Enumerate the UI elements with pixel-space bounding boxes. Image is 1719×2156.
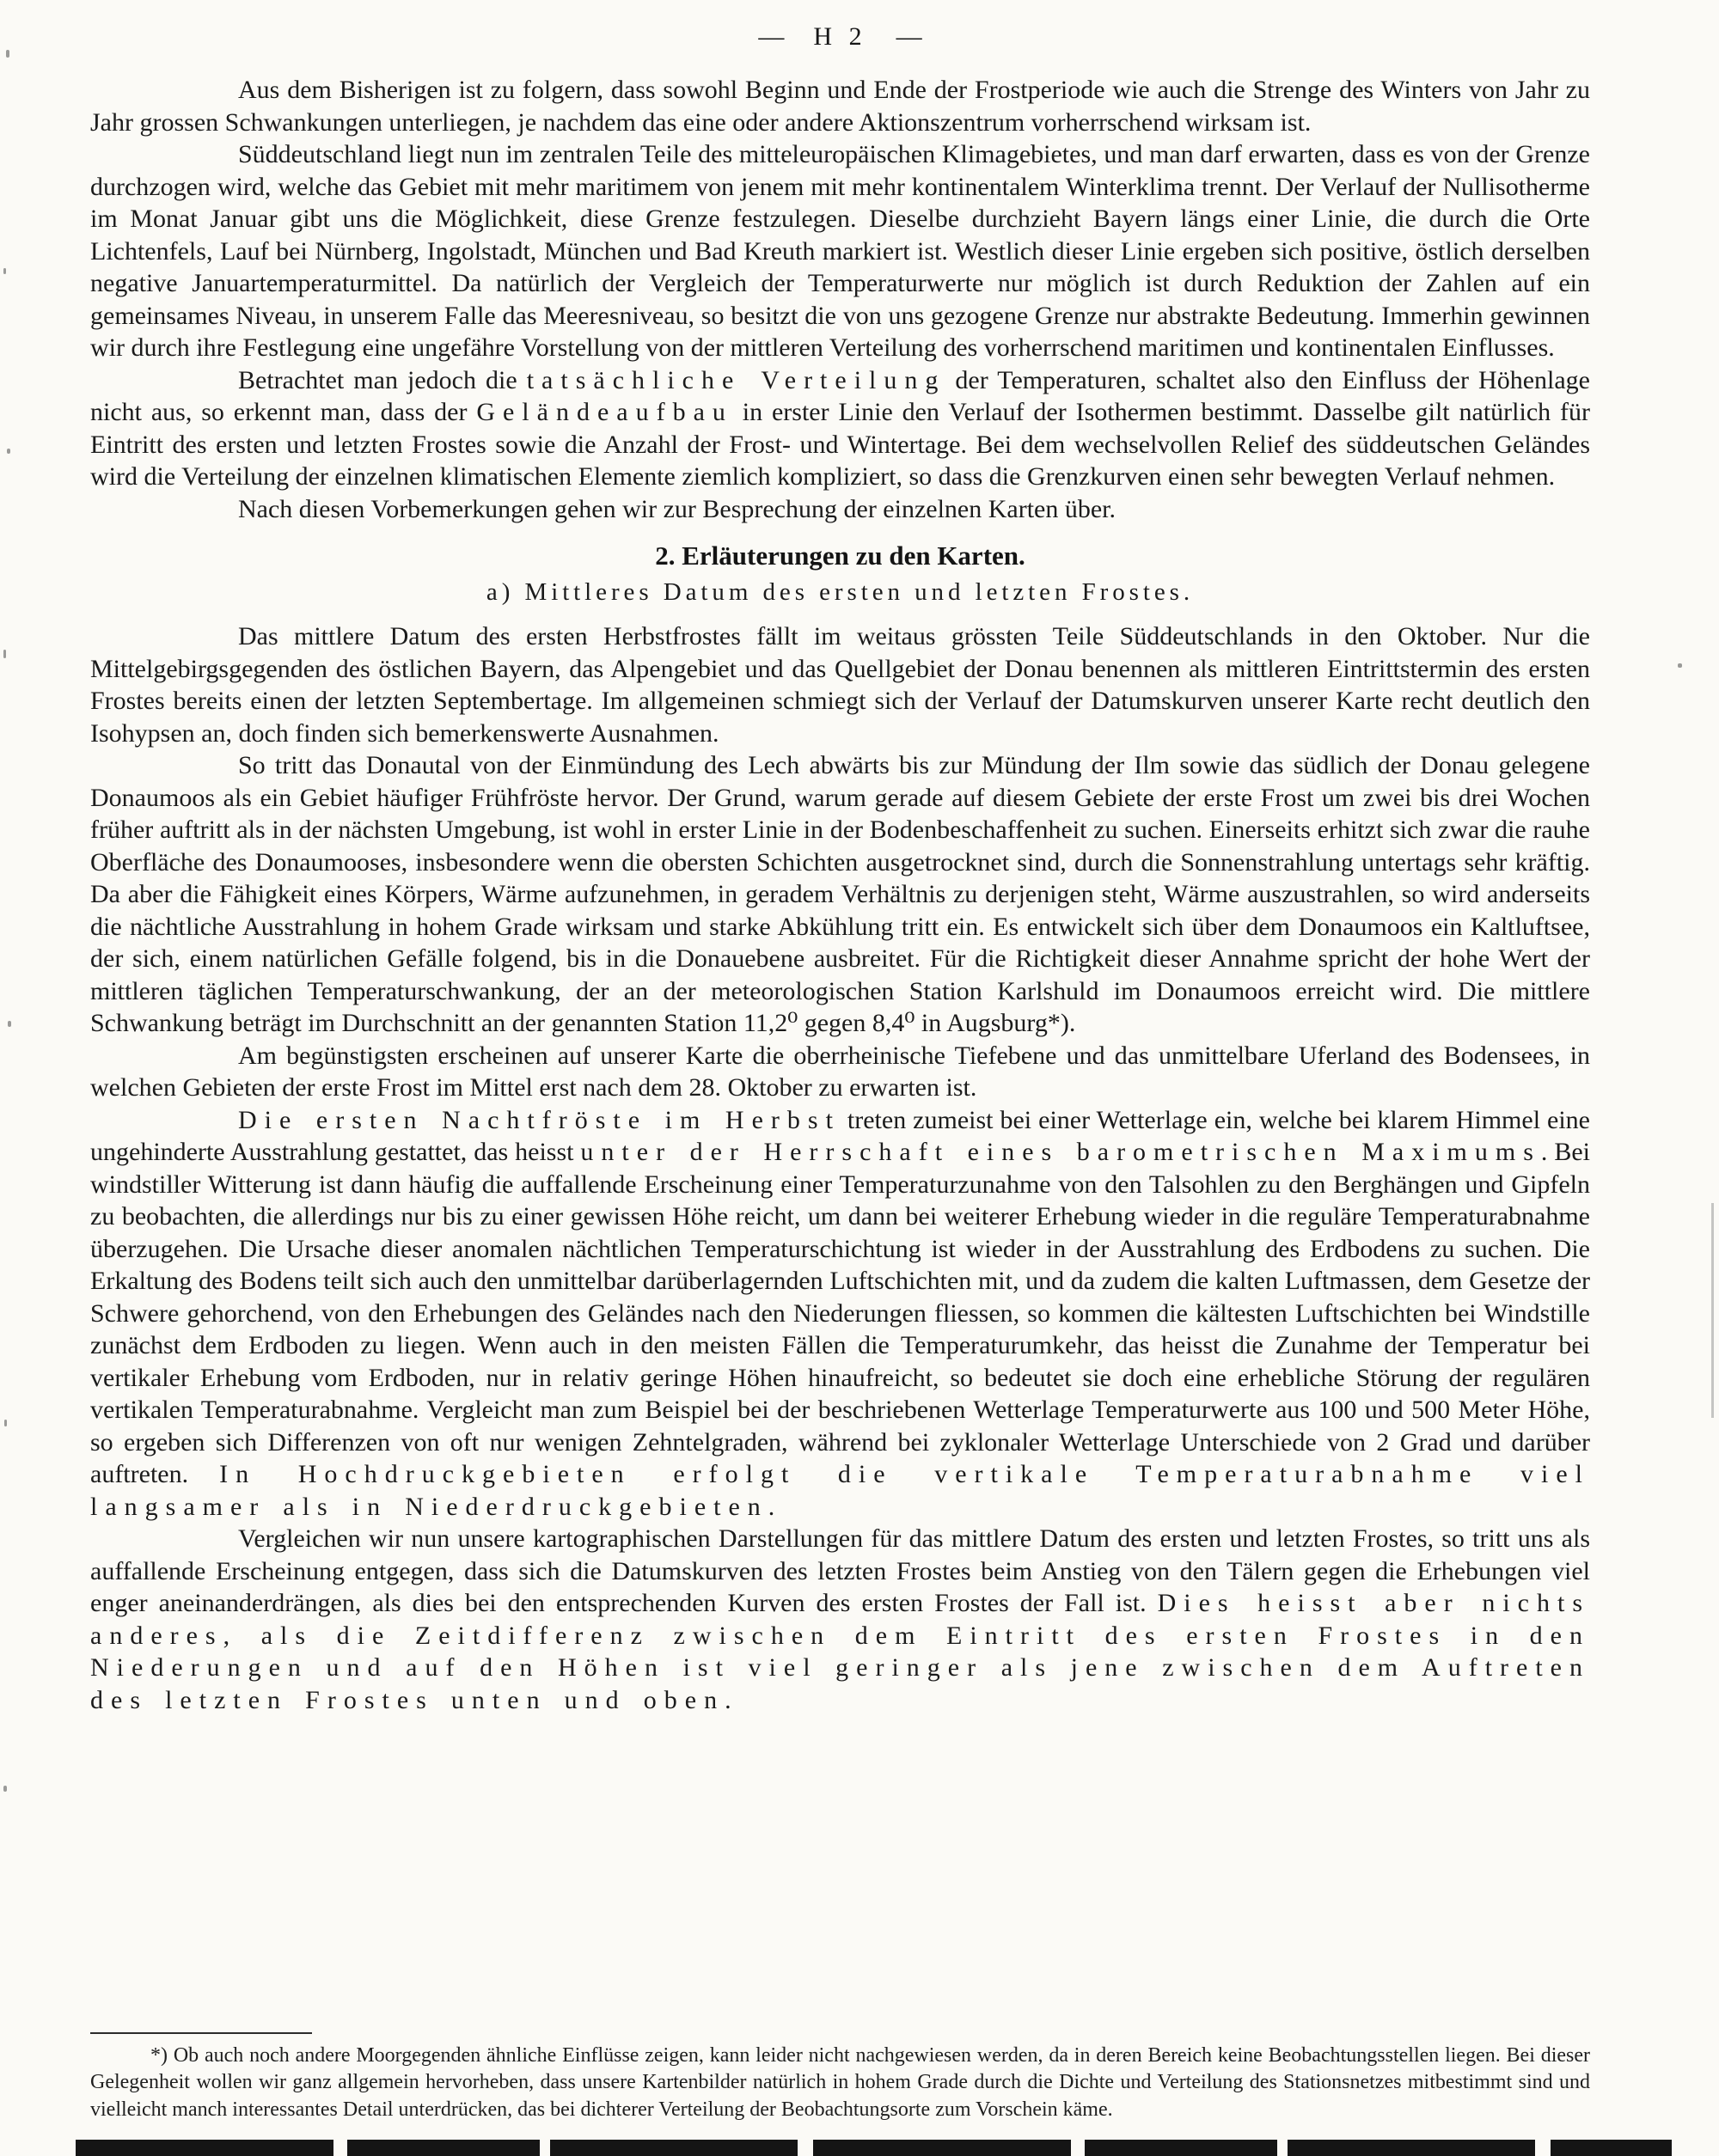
body-text: Am begünstigsten erscheinen auf unserer … — [90, 1041, 1590, 1102]
scan-artifact — [4, 1420, 7, 1426]
paragraph: Süddeutschland liegt nun im zentralen Te… — [90, 138, 1590, 364]
footnote-divider — [90, 2032, 312, 2034]
section-subheading: a) Mittleres Datum des ersten und letzte… — [90, 578, 1590, 607]
paragraph: So tritt das Donautal von der Einmündung… — [90, 749, 1590, 1040]
body-text: Nach diesen Vorbemerkungen gehen wir zur… — [238, 495, 1116, 523]
scan-edge-artifact — [1711, 1203, 1714, 1418]
emphasized-text: unter der Herrschaft eines barometrische… — [580, 1138, 1540, 1166]
footnote-text: *) Ob auch noch andere Moorgegenden ähnl… — [90, 2043, 1590, 2124]
paragraph: Das mittlere Datum des ersten Herbstfros… — [90, 620, 1590, 749]
scanned-page: —H 2— Aus dem Bisherigen ist zu folgern,… — [0, 0, 1719, 2156]
scan-artifact — [3, 268, 6, 274]
scan-artifact — [1678, 663, 1682, 668]
emphasized-text: tatsächliche Verteilung — [527, 366, 946, 394]
scan-artifact — [7, 449, 10, 454]
body-text: Aus dem Bisherigen ist zu folgern, dass … — [90, 76, 1590, 137]
scan-artifact — [8, 1021, 11, 1027]
body-text: So tritt das Donautal von der Einmündung… — [90, 751, 1590, 1037]
page-header: —H 2— — [90, 22, 1590, 52]
emphasized-text: In Hochdruckgebieten erfolgt die vertika… — [90, 1460, 1590, 1521]
section-heading: 2. Erläuterungen zu den Karten. — [90, 541, 1590, 571]
body-text: Betrachtet man jedoch die — [238, 366, 527, 394]
paragraph: Vergleichen wir nun unsere kartographisc… — [90, 1523, 1590, 1716]
page-number: H 2 — [813, 22, 866, 51]
body-text: . Bei windstiller Witterung ist dann häu… — [90, 1138, 1590, 1488]
paragraph: Am begünstigsten erscheinen auf unserer … — [90, 1040, 1590, 1104]
scan-artifact — [3, 650, 6, 658]
paragraph: Aus dem Bisherigen ist zu folgern, dass … — [90, 74, 1590, 138]
page-header-dash-right: — — [896, 22, 922, 51]
scan-bottom-artifact — [76, 2140, 1672, 2156]
page-header-dash-left: — — [758, 22, 784, 51]
footnote-area: *) Ob auch noch andere Moorgegenden ähnl… — [90, 2032, 1590, 2124]
body-text: Süddeutschland liegt nun im zentralen Te… — [90, 140, 1590, 362]
text-blocks: Aus dem Bisherigen ist zu folgern, dass … — [90, 74, 1590, 1716]
paragraph: Nach diesen Vorbemerkungen gehen wir zur… — [90, 493, 1590, 526]
scan-artifact — [3, 1786, 7, 1792]
emphasized-text: Die ersten Nachtfröste im Herbst — [238, 1106, 841, 1134]
paragraph: Die ersten Nachtfröste im Herbst treten … — [90, 1104, 1590, 1524]
paragraph: Betrachtet man jedoch die tatsächliche V… — [90, 364, 1590, 493]
body-text: Das mittlere Datum des ersten Herbstfros… — [90, 622, 1590, 748]
emphasized-text: Geländeaufbau — [476, 398, 733, 426]
scan-artifact — [6, 50, 9, 58]
